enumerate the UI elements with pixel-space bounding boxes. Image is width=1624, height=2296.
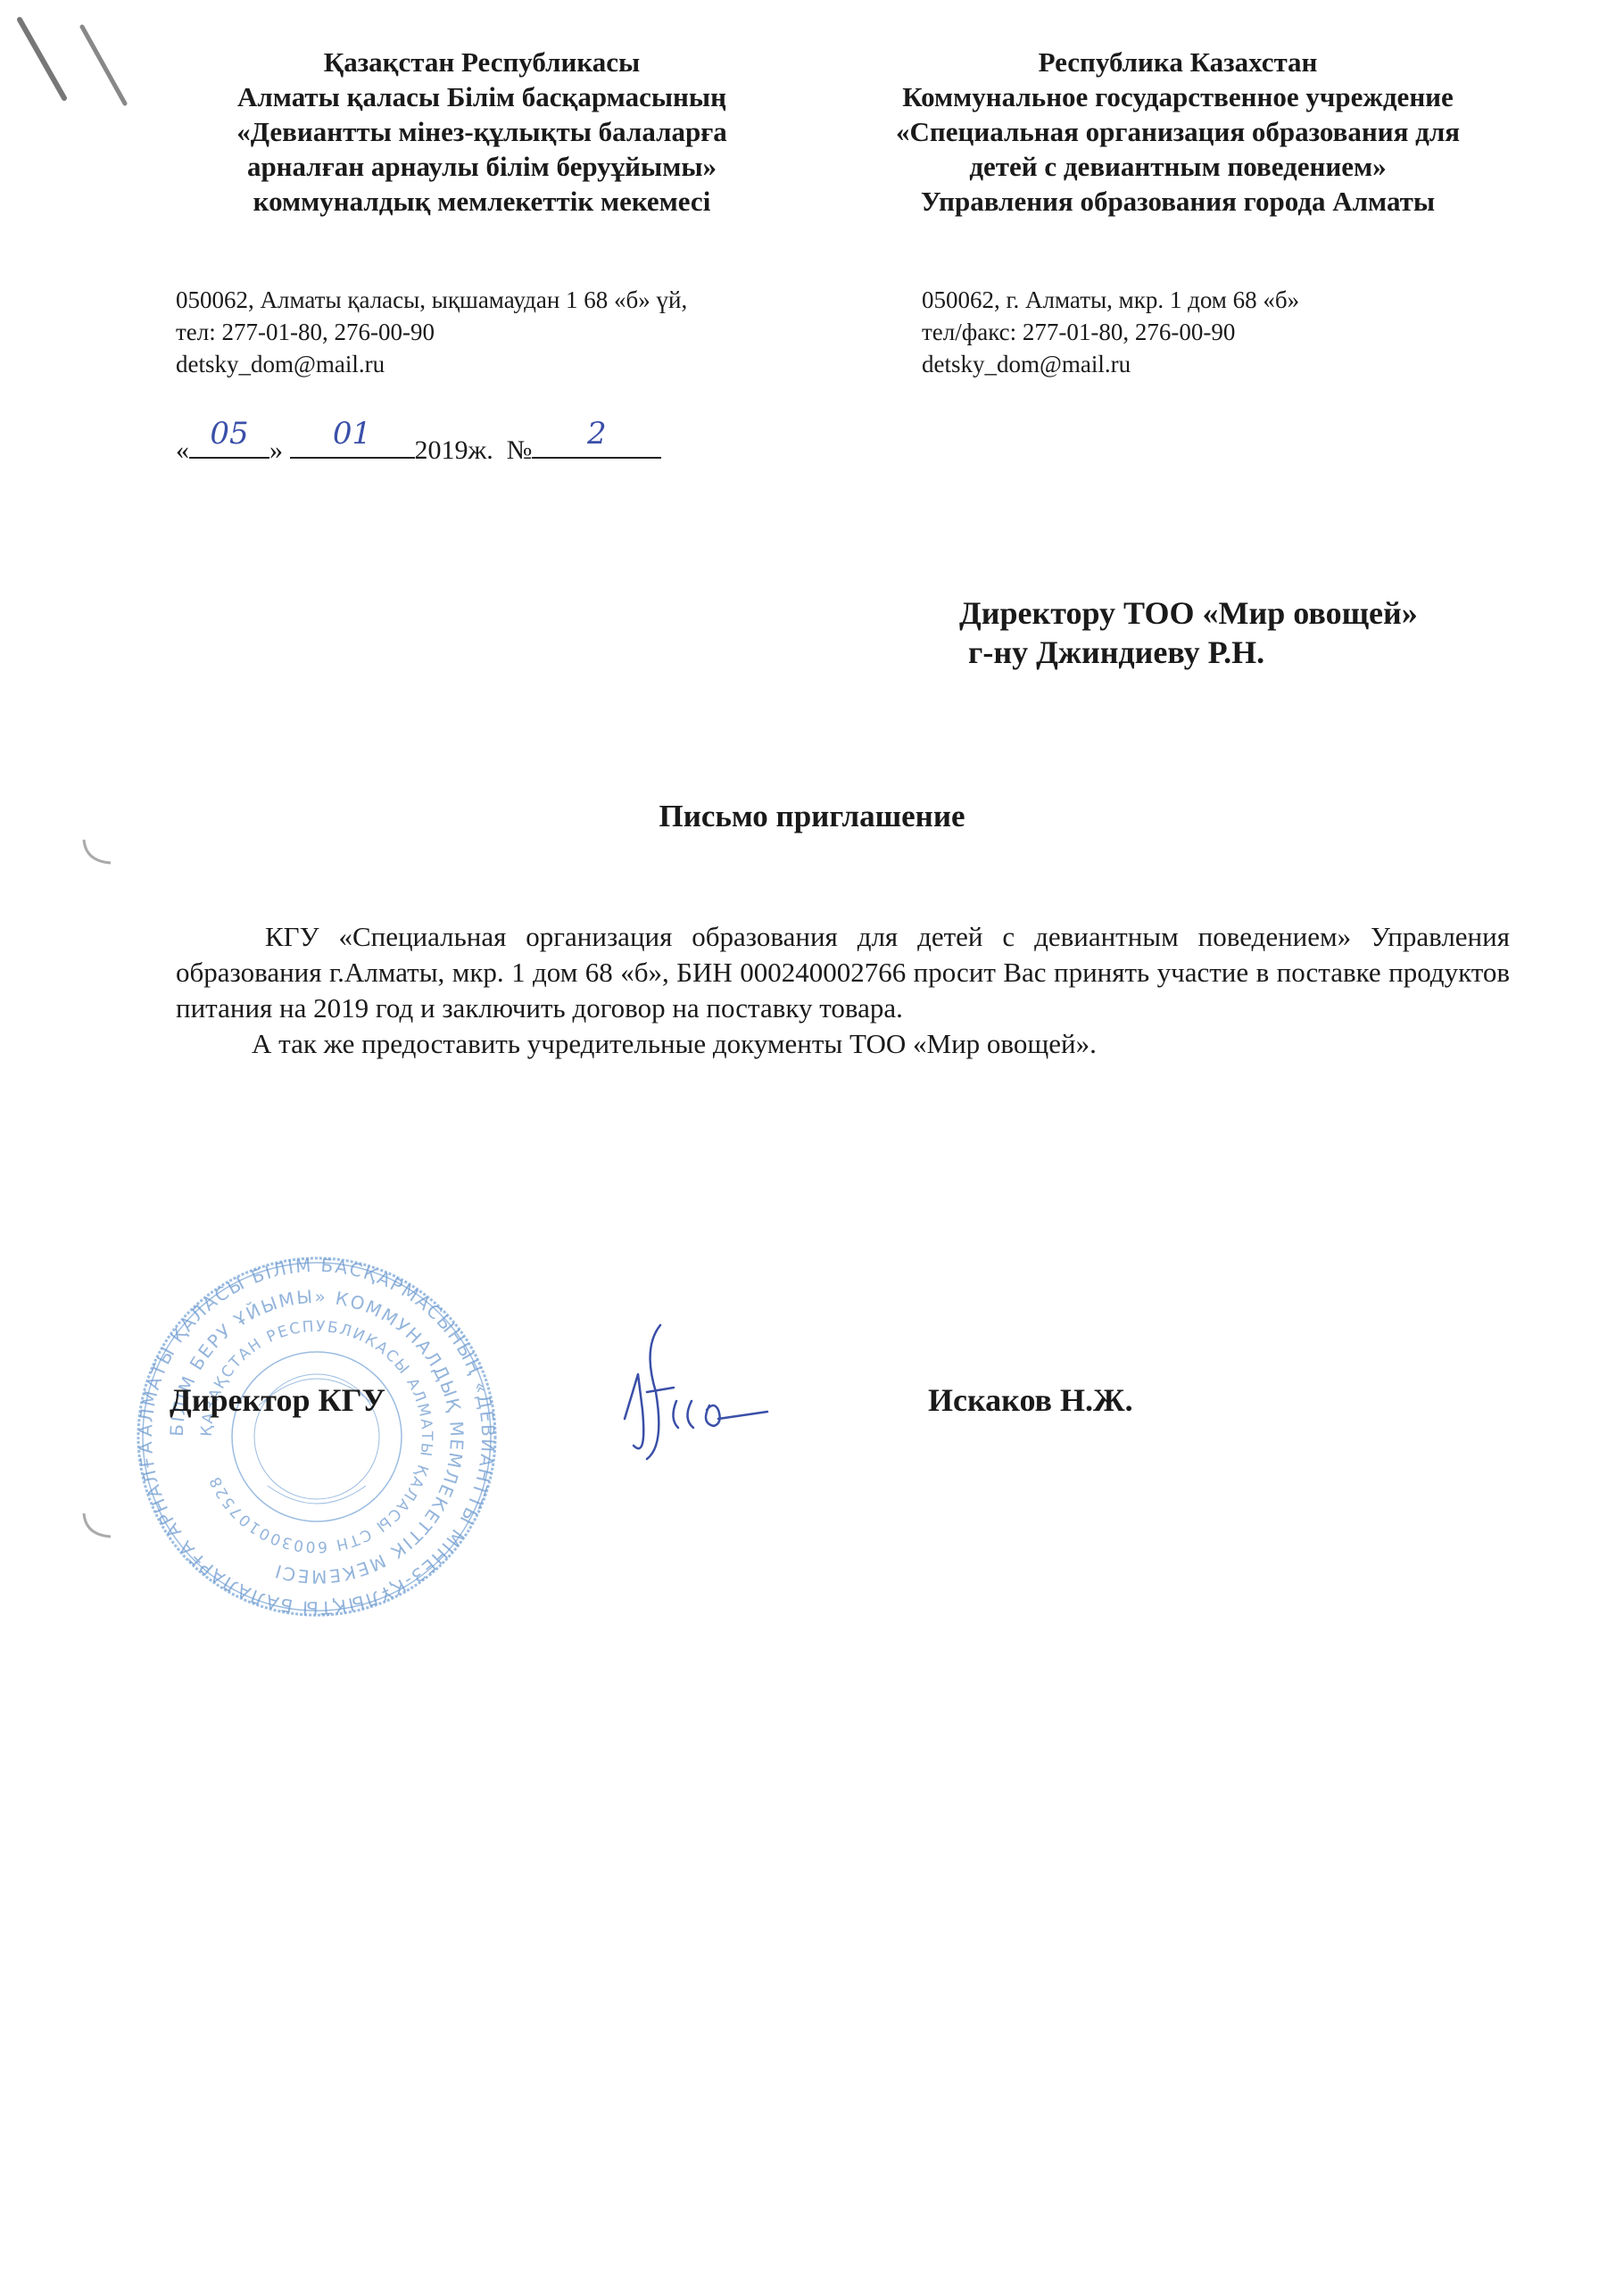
header-line: коммуналдық мемлекеттік мекемесі bbox=[170, 184, 794, 219]
svg-text:ҚАЗАҚСТАН РЕСПУБЛИКАСЫ АЛМАТЫ: ҚАЗАҚСТАН РЕСПУБЛИКАСЫ АЛМАТЫ ҚАЛАСЫ СТН… bbox=[198, 1318, 435, 1555]
official-stamp: АЛМАТЫ ҚАЛАСЫ БІЛІМ БАСҚАРМАСЫНЫҢ «ДЕВИА… bbox=[134, 1254, 500, 1620]
email-line: detsky_dom@mail.ru bbox=[922, 348, 1299, 380]
number-field: 2 bbox=[532, 428, 661, 459]
addressee-position: Директору ТОО «Мир овощей» bbox=[959, 593, 1418, 633]
handwritten-signature bbox=[607, 1312, 785, 1472]
month-field: 01 bbox=[290, 428, 415, 459]
handwritten-day: 05 bbox=[189, 416, 269, 452]
address-right: 050062, г. Алматы, мкр. 1 дом 68 «б» тел… bbox=[922, 284, 1299, 380]
quote-mark: » bbox=[269, 435, 283, 465]
body-paragraph: А так же предоставить учредительные доку… bbox=[176, 1026, 1510, 1062]
header-line: Республика Казахстан bbox=[848, 45, 1508, 79]
address-line: 050062, г. Алматы, мкр. 1 дом 68 «б» bbox=[922, 284, 1299, 316]
letter-title: Письмо приглашение bbox=[0, 799, 1624, 834]
header-line: Управления образования города Алматы bbox=[848, 184, 1508, 219]
email-line: detsky_dom@mail.ru bbox=[176, 348, 687, 380]
quote-mark: « bbox=[176, 435, 189, 465]
number-label: № bbox=[507, 435, 533, 465]
day-field: 05 bbox=[189, 428, 269, 459]
header-line: Қазақстан Республикасы bbox=[170, 45, 794, 79]
header-line: арналған арнаулы білім беруұйымы» bbox=[170, 149, 794, 184]
header-left-kazakh: Қазақстан Республикасы Алматы қаласы Біл… bbox=[170, 45, 794, 219]
punch-hole-mark bbox=[80, 1508, 116, 1544]
handwritten-number: 2 bbox=[532, 416, 661, 452]
svg-text:АЛМАТЫ ҚАЛАСЫ БІЛІМ БАСҚАРМАСЫ: АЛМАТЫ ҚАЛАСЫ БІЛІМ БАСҚАРМАСЫНЫҢ «ДЕВИА… bbox=[134, 1254, 499, 1619]
signatory-title: Директор КГУ bbox=[170, 1381, 385, 1419]
stamp-ring3-text: ҚАЗАҚСТАН РЕСПУБЛИКАСЫ АЛМАТЫ ҚАЛАСЫ СТН… bbox=[198, 1318, 435, 1555]
punch-hole-mark bbox=[80, 834, 116, 870]
body-paragraph: КГУ «Специальная организация образования… bbox=[176, 919, 1510, 1026]
date-number-line: «05» 012019ж. №2 bbox=[176, 428, 661, 468]
header-line: Коммунальное государственное учреждение bbox=[848, 79, 1508, 114]
header-line: «Девиантты мінез-құлықты балаларға bbox=[170, 114, 794, 149]
staple-marks bbox=[0, 0, 161, 125]
handwritten-month: 01 bbox=[290, 416, 415, 452]
header-right-russian: Республика Казахстан Коммунальное госуда… bbox=[848, 45, 1508, 219]
header-line: Алматы қаласы Білім басқармасының bbox=[170, 79, 794, 114]
addressee-name: г-ну Джиндиеву Р.Н. bbox=[959, 633, 1418, 672]
letter-body: КГУ «Специальная организация образования… bbox=[176, 919, 1510, 1062]
phone-line: тел: 277-01-80, 276-00-90 bbox=[176, 316, 687, 348]
address-left: 050062, Алматы қаласы, ықшамаудан 1 68 «… bbox=[176, 284, 687, 380]
header-line: детей с девиантным поведением» bbox=[848, 149, 1508, 184]
phone-line: тел/факс: 277-01-80, 276-00-90 bbox=[922, 316, 1299, 348]
addressee-block: Директору ТОО «Мир овощей» г-ну Джиндиев… bbox=[959, 593, 1418, 672]
signatory-name: Искаков Н.Ж. bbox=[928, 1381, 1133, 1419]
address-line: 050062, Алматы қаласы, ықшамаудан 1 68 «… bbox=[176, 284, 687, 316]
year-text: 2019ж. bbox=[415, 435, 493, 465]
stamp-outer-text: АЛМАТЫ ҚАЛАСЫ БІЛІМ БАСҚАРМАСЫНЫҢ «ДЕВИА… bbox=[134, 1254, 499, 1619]
header-line: «Специальная организация образования для bbox=[848, 114, 1508, 149]
